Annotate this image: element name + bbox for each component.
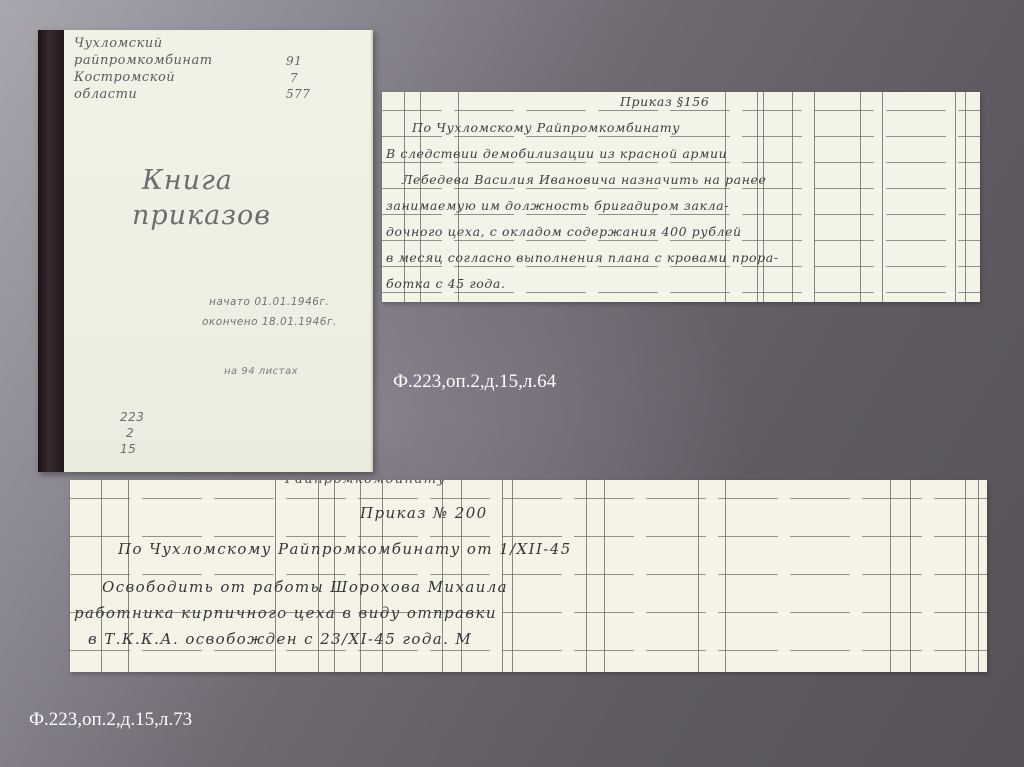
order-line: ботка с 45 года. [386,276,506,291]
organization-line: райпромкомбинат [74,53,213,68]
order-line: работника кирпичного цеха в виду отправк… [74,604,497,622]
order-line: По Чухломскому Райпромкомбинату [412,120,680,135]
order-line: дочного цеха, с окладом содержания 400 р… [386,224,742,239]
organization-line: области [74,87,137,102]
order-line: Лебедева Василия Ивановича назначить на … [402,172,767,187]
order-line: в месяц согласно выполнения плана с кров… [386,250,779,265]
archive-reference-caption: Ф.223,оп.2,д.15,л.64 [393,371,556,393]
sheet-count: на 94 листах [224,366,298,377]
meta-number: 91 [286,54,302,68]
top-fragment-text: Райпромкомбинату [285,480,446,487]
order-book-cover-photo: Чухломский райпромкомбинат Костромской о… [38,30,373,472]
order-line: В следствии демобилизации из красной арм… [386,146,727,161]
organization-line: Костромской [74,70,175,85]
archive-reference-caption: Ф.223,оп.2,д.15,л.73 [29,709,192,731]
book-cover-page: Чухломский райпромкомбинат Костромской о… [64,30,373,472]
book-spine [38,30,64,472]
order-line: Освободить от работы Шорохова Михаила [102,578,508,596]
shelfmark-file: 15 [120,442,136,456]
start-date: начато 01.01.1946г. [209,296,329,308]
order-heading: Приказ §156 [620,94,709,109]
meta-number: 577 [286,87,310,101]
order-line: в Т.К.К.А. освобожден с 23/XI-45 года. М [88,630,472,648]
presentation-slide: Чухломский райпромкомбинат Костромской о… [0,0,1024,767]
order-line: занимаемую им должность бригадиром закла… [386,198,729,213]
end-date: окончено 18.01.1946г. [202,316,337,328]
order-heading: Приказ № 200 [360,504,488,522]
meta-number: 7 [290,71,298,85]
book-title-line: Книга [142,165,233,196]
shelfmark-fond: 223 [120,410,144,424]
book-title-line: приказов [132,200,271,231]
order-200-document-photo: Райпромкомбинату Приказ № 200 По Чухломс… [70,480,987,672]
organization-line: Чухломский [74,36,163,51]
shelfmark-inventory: 2 [126,426,134,440]
order-line: По Чухломскому Райпромкомбинату от 1/XII… [118,540,572,558]
order-156-document-photo: Приказ §156 По Чухломскому Райпромкомбин… [382,92,980,302]
